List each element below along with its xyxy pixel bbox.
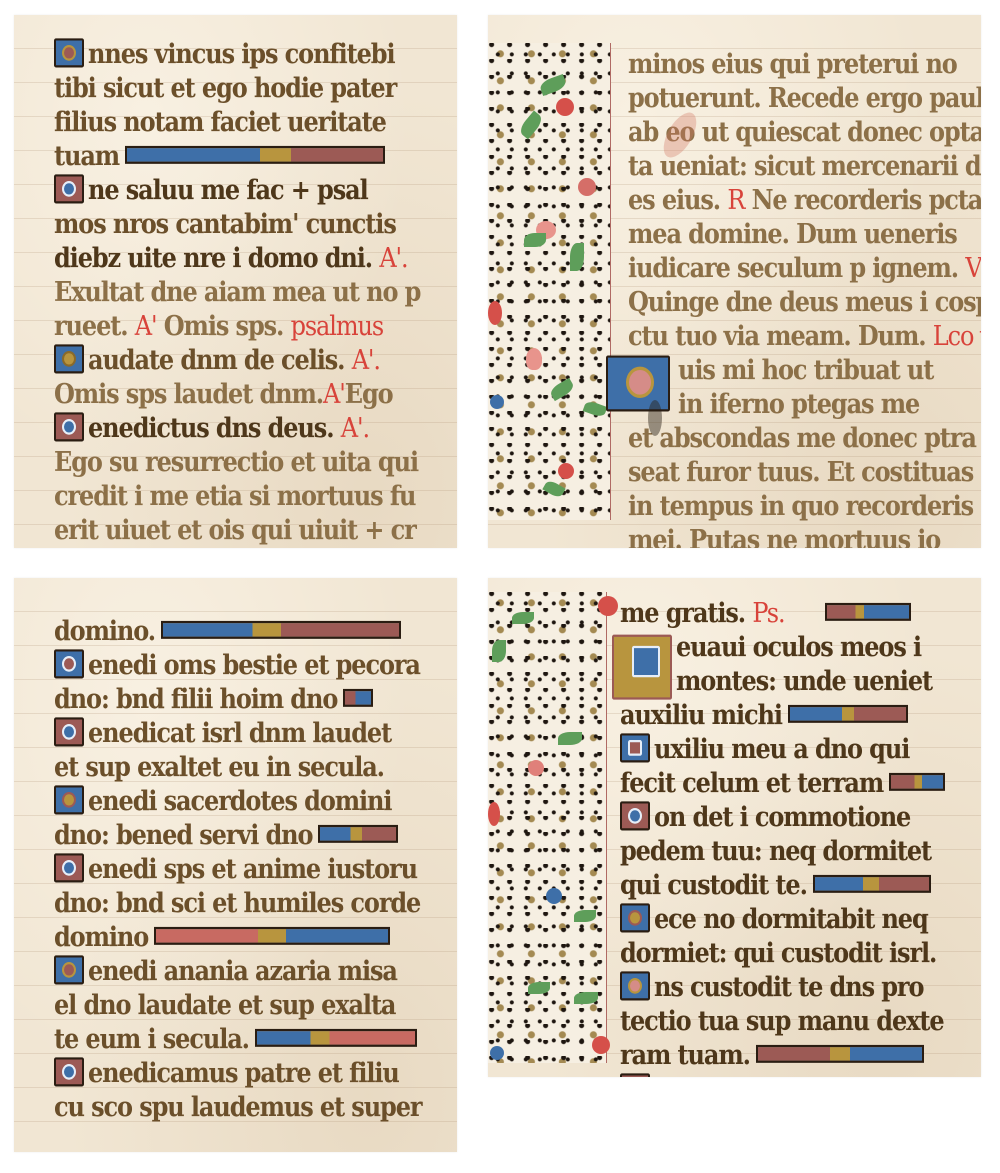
line-filler: [154, 926, 390, 944]
text-line: enedicamus patre et filiu: [54, 1054, 421, 1092]
line-filler: [756, 1044, 924, 1062]
line-filler: [161, 620, 401, 638]
text-line: dno: bnd filii hoim dno: [54, 680, 421, 718]
manuscript-leaf-bottom-left: domino. enedi oms bestie et pecora dno: …: [14, 578, 457, 1152]
text-line: ta ueniat: sicut mercenarii di: [628, 147, 981, 185]
text-line: enedi sps et anime iustoru: [54, 850, 421, 888]
rubric: R: [727, 184, 744, 215]
text-line: nnes vincus ips confitebi: [54, 35, 420, 73]
acanthus-leaf-icon: [528, 982, 550, 994]
rubric: A'.: [379, 242, 407, 273]
flower-icon: [490, 395, 504, 409]
rubric: Lco vj: [933, 320, 981, 351]
text-line: auxiliu michi: [620, 696, 945, 734]
line-filler: [125, 145, 385, 163]
painted-initial: [620, 903, 650, 932]
text-line: diebz uite nre i domo dni. A'.: [54, 239, 420, 277]
text-line: dno: bnd sci et humiles corde: [54, 884, 421, 922]
line-filler: [813, 874, 931, 892]
text-line: ns custodit te dns pro: [620, 968, 945, 1006]
flower-icon: [556, 98, 574, 116]
painted-initial: [54, 785, 84, 814]
text-line: uxiliu meu a dno qui: [620, 730, 945, 768]
text-line: dormiet: qui custodit isrl.: [620, 934, 945, 972]
flower-icon: [558, 463, 574, 479]
flower-icon: [598, 596, 618, 616]
acanthus-leaf-icon: [512, 612, 534, 624]
painted-initial: [620, 733, 650, 762]
line-filler: [889, 772, 945, 790]
text-line: domino: [54, 918, 421, 956]
acanthus-leaf-icon: [517, 111, 544, 140]
text-line: enedi oms bestie et pecora: [54, 646, 421, 684]
acanthus-leaf-icon: [574, 992, 598, 1004]
text-line: on det i commotione: [620, 798, 945, 836]
text-line: ram tuam.: [620, 1036, 945, 1074]
acanthus-leaf-icon: [492, 640, 506, 662]
painted-initial: [54, 955, 84, 984]
text-line: potuerunt. Recede ergo paululu: [628, 79, 981, 117]
text-line: iudicare seculum p ignem. V: [628, 249, 981, 287]
rubric: A': [135, 310, 157, 341]
text-line: credit i me etia si mortuus fu: [54, 477, 420, 515]
text-line: seat furor tuus. Et costituas: [628, 453, 981, 491]
manuscript-leaf-bottom-right: me gratis. Ps. euaui oculos meos i monte…: [488, 578, 981, 1077]
text-line: mos nros cantabim' cunctis: [54, 205, 420, 243]
text-line: ctu tuo via meam. Dum. Lco vj: [628, 317, 981, 355]
text-line: uis mi hoc tribuat ut: [628, 351, 981, 389]
text-line: enedi sacerdotes domini: [54, 782, 421, 820]
rubric: V: [965, 252, 981, 283]
flower-icon: [546, 888, 562, 904]
text-line: erit uiuet et ois qui uiuit + cr: [54, 511, 420, 548]
flower-icon: [526, 348, 542, 370]
painted-initial: [54, 174, 84, 203]
text-line: mei. Putas ne mortuus io: [628, 521, 981, 548]
text-line: Omis sps laudet dnm.A'Ego: [54, 375, 420, 413]
text-line: montes: unde ueniet: [620, 662, 945, 700]
acanthus-leaf-icon: [524, 233, 546, 247]
text-line: audate dnm de celis. A'.: [54, 341, 420, 379]
acanthus-leaf-icon: [574, 910, 596, 922]
manuscript-leaf-top-left: nnes vincus ips confitebi tibi sicut et …: [14, 15, 457, 548]
flower-icon: [490, 1046, 504, 1060]
text-line: ece no dormitabit neq: [620, 900, 945, 938]
text-line: cu sco spu laudemus et super: [54, 1088, 421, 1126]
text-line: enedi anania azaria misa: [54, 952, 421, 990]
painted-initial: [620, 971, 650, 1000]
rubric: A'.: [341, 412, 369, 443]
text-line: in iferno ptegas me: [628, 385, 981, 423]
painted-initial: [620, 801, 650, 830]
text-line: dno: bened servi dno: [54, 816, 421, 854]
text-line: fecit celum et terram: [620, 764, 945, 802]
flower-icon: [578, 178, 596, 196]
rubric: Ps.: [752, 597, 784, 628]
painted-initial: [54, 38, 84, 67]
text-line: enedictus dns deus. A'.: [54, 409, 420, 447]
acanthus-leaf-icon: [570, 243, 584, 271]
acanthus-leaf-icon: [558, 732, 582, 745]
text-line: ne saluu me fac + psal: [54, 171, 420, 209]
flower-icon: [488, 301, 502, 325]
flower-icon: [488, 802, 500, 826]
text-line: enedicat isrl dnm laudet: [54, 714, 421, 752]
acanthus-leaf-icon: [583, 400, 608, 419]
flower-icon: [528, 760, 544, 776]
flower-icon: [592, 1036, 610, 1054]
text-line: me gratis. Ps.: [620, 594, 945, 632]
text-line: er diem sol no uret te:: [620, 1070, 945, 1077]
line-filler: [255, 1028, 417, 1046]
text-line: Quinge dne deus meus i cospe: [628, 283, 981, 321]
text-line: tuam: [54, 137, 420, 175]
text-line: es eius. R Ne recorderis pcta: [628, 181, 981, 219]
text-line: pedem tuu: neq dormitet: [620, 832, 945, 870]
rubric: A'.: [352, 344, 380, 375]
painted-initial: [54, 649, 84, 678]
text-line: qui custodit te.: [620, 866, 945, 904]
line-filler: [825, 602, 911, 620]
rubric: psalmus: [291, 310, 384, 341]
painted-initial: [54, 717, 84, 746]
text-line: rueet. A' Omis sps. psalmus: [54, 307, 420, 345]
text-line: et abscondas me donec ptra: [628, 419, 981, 457]
text-line: filius notam faciet ueritate: [54, 103, 420, 141]
line-filler: [343, 688, 373, 706]
text-line: Exultat dne aiam mea ut no p: [54, 273, 420, 311]
rubric: A': [323, 378, 345, 409]
painted-initial: [54, 344, 84, 373]
acanthus-leaf-icon: [548, 378, 575, 401]
text-line: in tempus in quo recorderis: [628, 487, 981, 525]
acanthus-leaf-icon: [538, 74, 567, 96]
text-line: mea domine. Dum ueneris: [628, 215, 981, 253]
line-filler: [318, 824, 398, 842]
painted-initial: [620, 1073, 650, 1077]
text-line: te eum i secula.: [54, 1020, 421, 1058]
painted-initial: [54, 853, 84, 882]
line-filler: [788, 704, 908, 722]
text-line: ab eo ut quiescat donec opta: [628, 113, 981, 151]
text-line: minos eius qui preterui no: [628, 45, 981, 83]
painted-initial: [54, 412, 84, 441]
text-line: et sup exaltet eu in secula.: [54, 748, 421, 786]
acanthus-leaf-icon: [542, 479, 565, 499]
text-line: tibi sicut et ego hodie pater: [54, 69, 420, 107]
text-line: domino.: [54, 612, 421, 650]
text-line: el dno laudate et sup exalta: [54, 986, 421, 1024]
manuscript-leaf-top-right: minos eius qui preterui no potuerunt. Re…: [488, 15, 981, 548]
floral-border: [488, 43, 611, 520]
painted-initial: [54, 1057, 84, 1086]
text-line: tectio tua sup manu dexte: [620, 1002, 945, 1040]
text-line: euaui oculos meos i: [620, 628, 945, 666]
floral-border: [488, 592, 607, 1063]
text-line: Ego su resurrectio et uita qui: [54, 443, 420, 481]
